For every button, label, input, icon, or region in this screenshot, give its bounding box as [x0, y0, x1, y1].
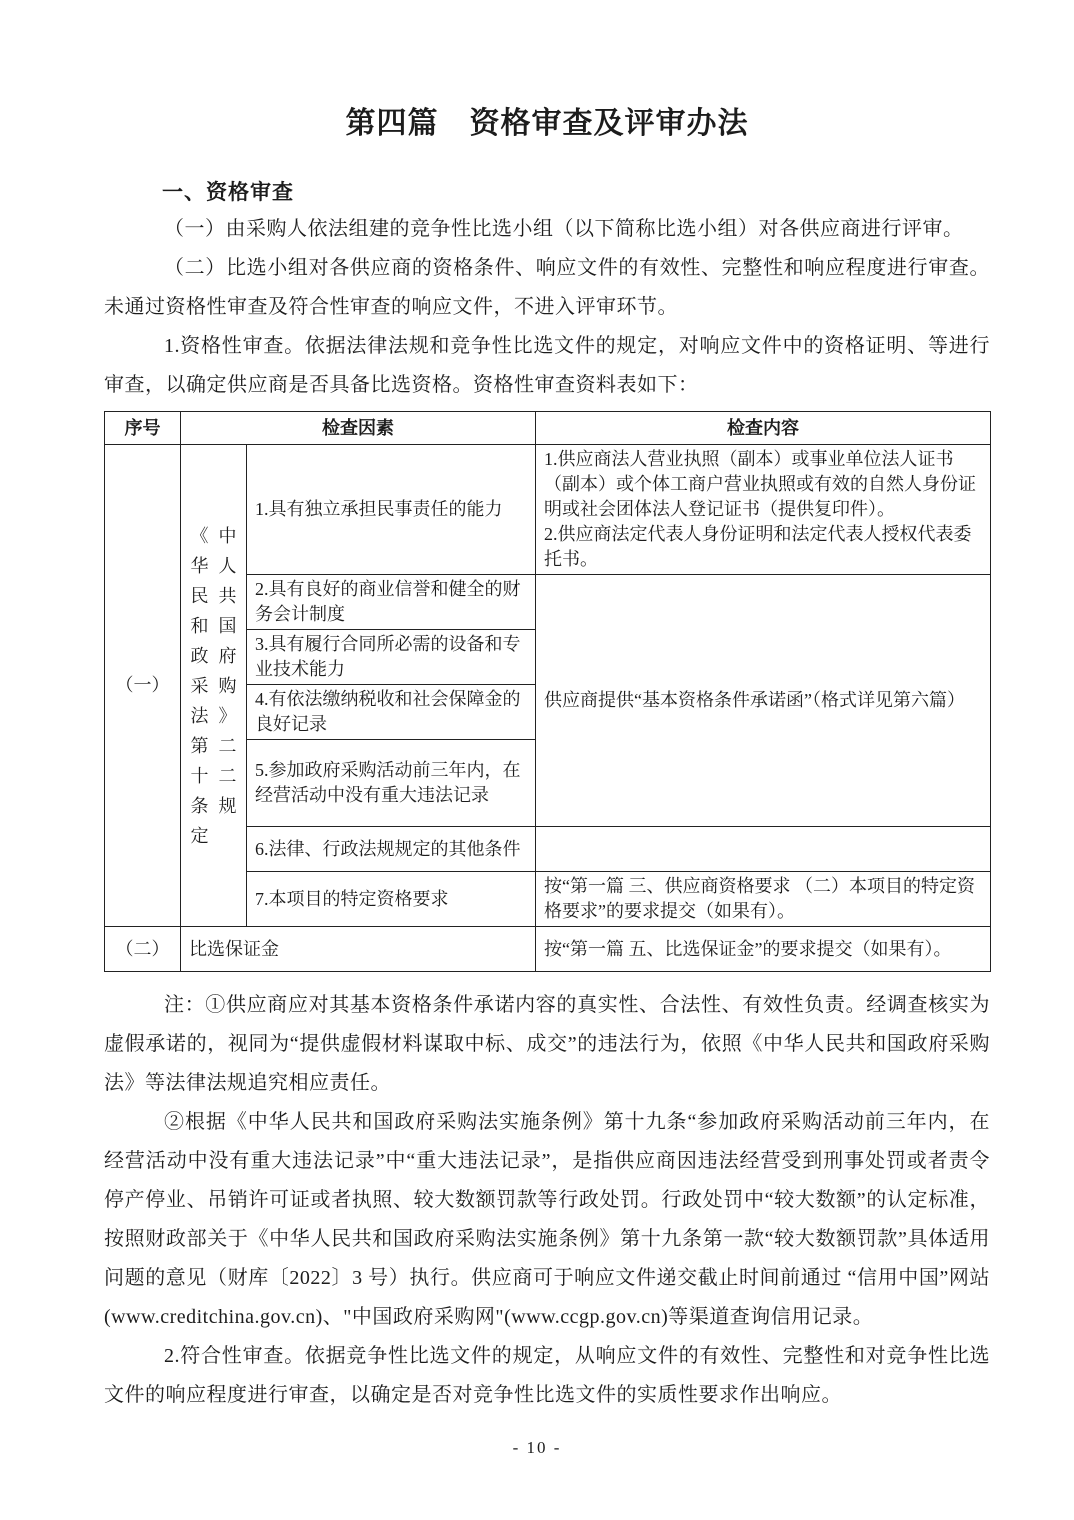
index-cell-group2: （二）: [105, 927, 181, 972]
header-cell-factor: 检查因素: [181, 412, 536, 445]
paragraph-2: （二）比选小组对各供应商的资格条件、响应文件的有效性、完整性和响应程度进行审查。…: [104, 249, 990, 327]
content-cell-7: 按“第一篇 三、供应商资格要求 （二）本项目的特定资格要求”的要求提交（如果有）…: [536, 872, 991, 927]
paragraph-3: 1.资格性审查。依据法律法规和竞争性比选文件的规定，对响应文件中的资格证明、等进…: [104, 327, 990, 405]
factor-cell-2: 2.具有良好的商业信誉和健全的财务会计制度: [247, 575, 536, 630]
table-header-row: 序号 检查因素 检查内容: [105, 412, 991, 445]
content-cell-deposit: 按“第一篇 五、比选保证金”的要求提交（如果有）。: [536, 927, 991, 972]
content-cell-merged: 供应商提供“基本资格条件承诺函”（格式详见第六篇）: [536, 575, 991, 827]
document-page: 第四篇 资格审查及评审办法 一、资格审查 （一）由采购人依法组建的竞争性比选小组…: [104, 0, 990, 1415]
table-row: （二） 比选保证金 按“第一篇 五、比选保证金”的要求提交（如果有）。: [105, 927, 991, 972]
factor-cell-5: 5.参加政府采购活动前三年内，在经营活动中没有重大违法记录: [247, 740, 536, 827]
factor-cell-6: 6.法律、行政法规规定的其他条件: [247, 827, 536, 872]
note-2: ②根据《中华人民共和国政府采购法实施条例》第十九条“参加政府采购活动前三年内，在…: [104, 1103, 990, 1337]
header-cell-index: 序号: [105, 412, 181, 445]
page-title: 第四篇 资格审查及评审办法: [104, 98, 990, 142]
header-cell-content: 检查内容: [536, 412, 991, 445]
factor-cell-7: 7.本项目的特定资格要求: [247, 872, 536, 927]
index-cell-group1: （一）: [105, 445, 181, 927]
factor-cell-3: 3.具有履行合同所必需的设备和专业技术能力: [247, 630, 536, 685]
law-source-cell: 《中华人民共和国政府采购法》第二十二条规定: [181, 445, 247, 927]
content-1-item-1: 1.供应商法人营业执照（副本）或事业单位法人证书（副本）或个体工商户营业执照或有…: [544, 447, 982, 522]
content-1-item-2: 2.供应商法定代表人身份证明和法定代表人授权代表委托书。: [544, 522, 982, 572]
law-source-text: 《中华人民共和国政府采购法》第二十二条规定: [191, 521, 237, 851]
page-number: - 10 -: [0, 1438, 1074, 1458]
table-row: （一） 《中华人民共和国政府采购法》第二十二条规定 1.具有独立承担民事责任的能…: [105, 445, 991, 575]
paragraph-compliance: 2.符合性审查。依据竞争性比选文件的规定，从响应文件的有效性、完整性和对竞争性比…: [104, 1337, 990, 1415]
factor-cell-1: 1.具有独立承担民事责任的能力: [247, 445, 536, 575]
content-cell-1: 1.供应商法人营业执照（副本）或事业单位法人证书（副本）或个体工商户营业执照或有…: [536, 445, 991, 575]
note-1: 注：①供应商应对其基本资格条件承诺内容的真实性、合法性、有效性负责。经调查核实为…: [104, 986, 990, 1103]
factor-cell-deposit: 比选保证金: [181, 927, 536, 972]
content-cell-empty: [536, 827, 991, 872]
qualification-review-table: 序号 检查因素 检查内容 （一） 《中华人民共和国政府采购法》第二十二条规定 1…: [104, 411, 991, 972]
paragraph-1: （一）由采购人依法组建的竞争性比选小组（以下简称比选小组）对各供应商进行评审。: [104, 210, 990, 249]
factor-cell-4: 4.有依法缴纳税收和社会保障金的良好记录: [247, 685, 536, 740]
section-heading: 一、资格审查: [162, 176, 990, 206]
